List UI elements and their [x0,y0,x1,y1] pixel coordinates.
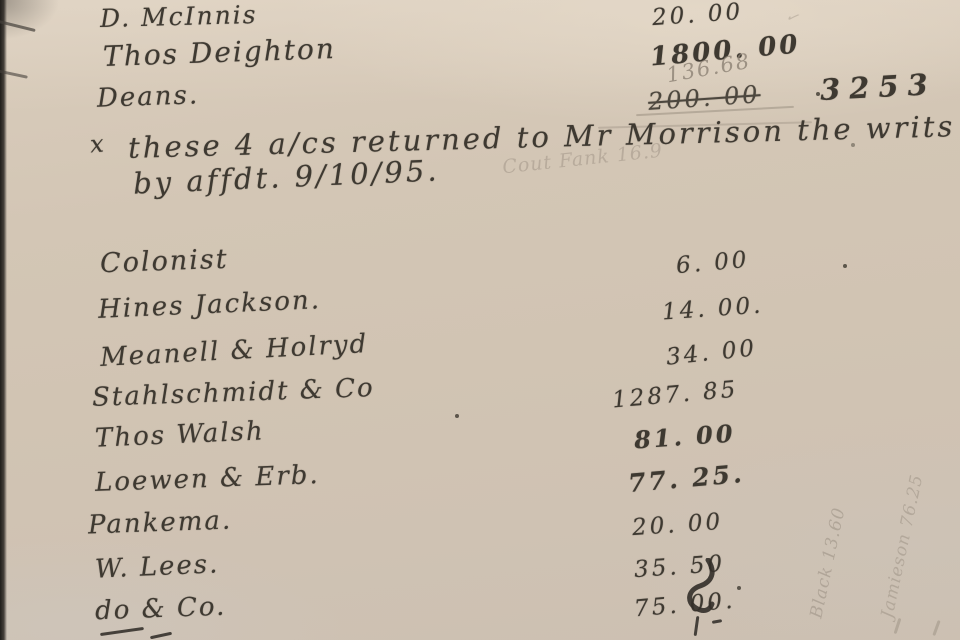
account-name: Pankema. [88,505,233,540]
account-amount: 6. 00 [675,247,751,279]
account-name: D. McInnis [100,0,258,33]
annotation-x-marker: x [89,129,106,158]
account-name: W. Lees. [94,549,220,584]
account-amount: 1287. 85 [611,377,739,414]
ink-speck [455,414,459,418]
corner-shade [0,0,60,40]
account-name: do & Co. [95,592,227,627]
account-name: Stahlschmidt & Co [92,373,376,413]
account-amount: 77. 25. [627,459,746,498]
account-name: Meanell & Holryd [99,329,369,373]
partial-row-stroke [150,632,172,640]
account-amount: 20. 00 [631,509,724,541]
partial-row-stroke [894,618,902,634]
ink-speck [816,92,820,96]
account-name: Deans. [97,80,200,114]
account-amount: 81. 00 [633,418,736,454]
ink-speck [851,143,855,147]
partial-row-stroke [712,619,722,624]
account-name: Hines Jackson. [97,285,321,325]
ledger-page-photo: D. McInnis 20. 00 ✓ Thos Deighton 1800. … [0,0,960,640]
account-name: Colonist [99,244,229,279]
partial-row-stroke [100,627,144,636]
account-amount: 14. 00. [661,292,764,325]
account-name: Loewen & Erb. [95,460,321,498]
ink-flourish [684,558,718,622]
partial-row-stroke [932,620,940,636]
account-amount: 34. 00 [665,335,758,370]
ink-speck [843,264,847,268]
page-edge-shadow [0,0,7,640]
running-total: 3253 [819,67,937,107]
account-name: Thos Walsh [94,416,265,453]
vertical-pencil-note: Black 13.60 [807,440,864,620]
vertical-pencil-note: Jamieson 76.25 [877,430,936,620]
ink-speck [737,586,741,590]
